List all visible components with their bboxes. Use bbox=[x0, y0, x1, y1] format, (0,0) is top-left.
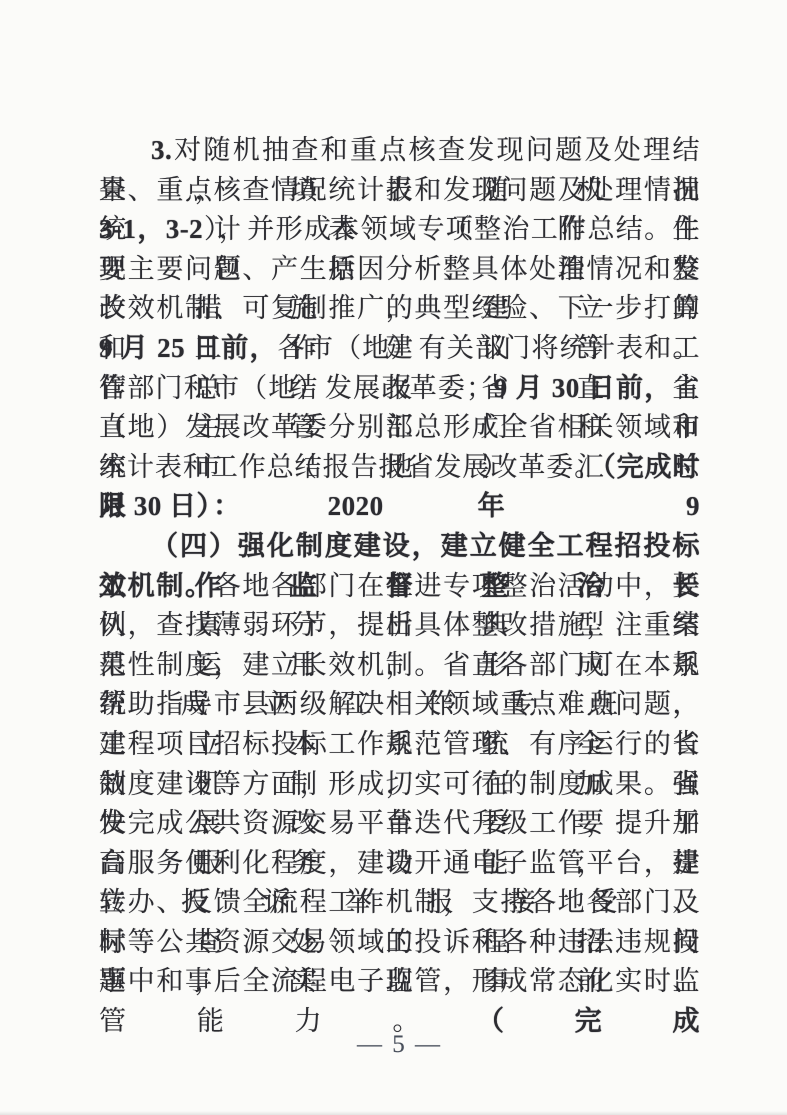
page: 3.对随机抽查和重点核查发现问题及处理结果，填报随机抽查、重点核查情况统计表和发… bbox=[0, 0, 787, 1115]
document-line: 长效机制、可复制推广的典型经验、下一步打算和工作建议等。 bbox=[99, 289, 700, 329]
document-line: （地）发展改革委分别汇总形成全省相关领域和本市（地）汇总 bbox=[99, 408, 700, 448]
document-line: 3.对随机抽查和重点核查发现问题及处理结果，填报随机抽 bbox=[99, 131, 700, 171]
document-line: 高服务便利化程度，建设开通电子监管平台，建立投诉举报接受、 bbox=[99, 844, 700, 884]
document-line: 帮助指导市县两级解决相关领域重点难点问题，建立本系统全省 bbox=[99, 685, 700, 725]
text-segment: 月 30 日） bbox=[99, 491, 224, 521]
document-line: 现主要问题、产生原因分析、具体处理情况和整改措施，建立的 bbox=[99, 250, 700, 290]
document-line: 标等公共资源交易领域的投诉和各种违法违规问题，实现事前、 bbox=[99, 923, 700, 963]
document-line: 9 月 25 日前，各市（地）有关部门将统计表和工作总结报省直主 bbox=[99, 329, 700, 369]
document-line: 事中和事后全流程电子监管，形成常态化实时监管能力。（完成 bbox=[99, 962, 700, 1002]
page-number: — 5 — bbox=[99, 1028, 700, 1062]
document-line: 查、重点核查情况统计表和发现问题及处理情况统计表（附件 bbox=[99, 171, 700, 211]
text-segment: 9 月 25 日前， bbox=[99, 333, 278, 363]
document-line: 转办、反馈全流程工作机制，支持各地各部门及时查处工程招投 bbox=[99, 883, 700, 923]
document-line: 快完成公共资源交易平台迭代升级工作，提升平台服务功能，提 bbox=[99, 804, 700, 844]
document-line: 统计表和工作总结报告报省发展改革委。（完成时限：2020 年 9 bbox=[99, 448, 700, 488]
text-segment: 效机制。 bbox=[99, 571, 214, 601]
text-segment: 3-1，3-2 bbox=[99, 214, 203, 244]
text-segment: 统计表和工作总结报告报省发展改革委。 bbox=[99, 452, 602, 482]
document-line: 管部门和市（地）发展改革委；9 月 30 日前，省直主管部门和市 bbox=[99, 369, 700, 409]
document-line: 效机制。各地各部门在推进专项整治活动中，要认真分析典型案 bbox=[99, 567, 700, 607]
document-line: （四）强化制度建设，建立健全工程招投标工作监督整治长 bbox=[99, 527, 700, 567]
document-line: 制度建设等方面，形成切实可行的制度成果。省发展改革委要加 bbox=[99, 765, 700, 805]
text-segment: 9 月 30 日前， bbox=[494, 373, 673, 403]
document-body: 3.对随机抽查和重点核查发现问题及处理结果，填报随机抽查、重点核查情况统计表和发… bbox=[99, 131, 700, 1002]
document-line: 范性制度，建立长效机制。省直各部门可在本系统成立工作专班， bbox=[99, 646, 700, 686]
document-line: 工程项目招标投标工作规范管理、有序运行的长效机制，在加强 bbox=[99, 725, 700, 765]
text-segment: 3. bbox=[151, 135, 172, 165]
document-line: 3-1，3-2），并形成本领域专项整治工作总结。主要包括整治发 bbox=[99, 210, 700, 250]
document-line: 例，查找薄弱环节，提出具体整改措施，注重结果运用，形成规 bbox=[99, 606, 700, 646]
text-segment: 管部门和市（地）发展改革委； bbox=[99, 373, 494, 403]
